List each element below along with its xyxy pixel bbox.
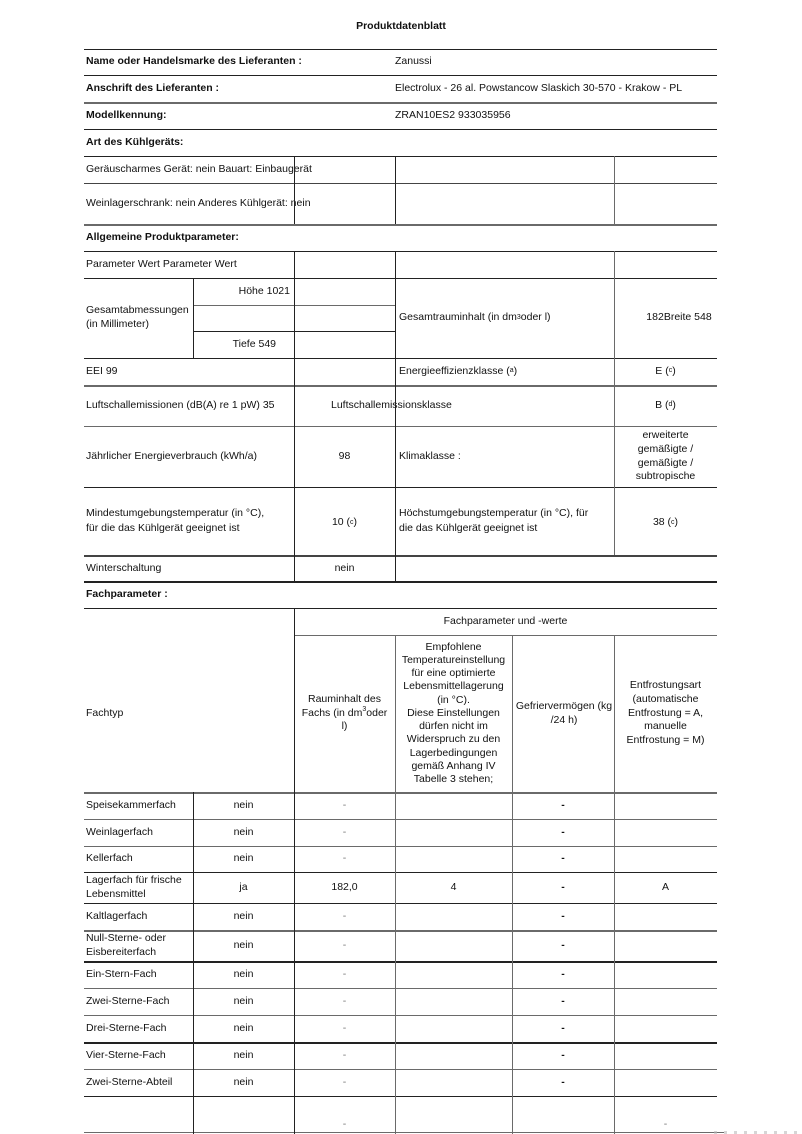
eei-value: EEI 99 [84,358,284,385]
general-header-row: Parameter Wert Parameter Wert [84,251,294,278]
cell-freeze: - [512,1042,614,1069]
cell-volume: - [294,819,395,846]
superscript: c [350,519,354,526]
cell-volume: 182,0 [294,872,395,903]
cell-defrost [614,930,717,961]
cell-type: Drei-Sterne-Fach [84,1015,193,1042]
cell-present: nein [193,1069,294,1096]
cell-volume: - [294,903,395,930]
cell-type: Lagerfach für frische Lebensmittel [84,872,193,903]
cell-type: Zwei-Sterne-Abteil [84,1069,193,1096]
cell-freeze: - [512,792,614,819]
annual-energy-label: Jährlicher Energieverbrauch (kWh/a) [84,426,294,487]
superscript: c [671,519,675,526]
cell-temp [395,961,512,988]
cell-freeze: - [512,1069,614,1096]
compartment-group-header: Fachparameter und -werte [294,608,717,635]
cell-defrost [614,1069,717,1096]
energy-class-label-text: ) [514,365,518,379]
winter-value: nein [294,555,395,582]
cell-freeze: - [512,903,614,930]
cell-temp [395,1069,512,1096]
col-header-temp: Empfohlene Temperatureinstellung für ein… [393,635,514,792]
max-temp-value-text: 38 ( [653,516,671,530]
supplier-address-value: Electrolux - 26 al. Powstancow Slaskich … [393,75,717,102]
cell-present [193,1096,294,1134]
cell-temp: 4 [395,872,512,903]
cell-present: ja [193,872,294,903]
cell-type: Kellerfach [84,846,193,872]
col-divider [614,635,615,1134]
col-header-defrost: Entfrostungsart (automatische Entfrostun… [614,635,717,792]
compartments-heading: Fachparameter : [84,581,384,608]
cell-defrost [614,903,717,930]
cell-freeze: - [512,872,614,903]
cell-defrost [614,819,717,846]
cell-present: nein [193,961,294,988]
cell-volume: - [294,1042,395,1069]
rule [84,1132,724,1133]
noise-class-value: B (d) [614,385,717,426]
cell-volume: - [294,988,395,1015]
cell-temp [395,930,512,961]
superscript: c [669,367,673,374]
cell-temp [395,1096,512,1134]
cell-defrost [614,1015,717,1042]
cell-present: nein [193,1015,294,1042]
supplier-name-value: Zanussi [393,49,713,75]
min-temp-label: Mindestumgebungstemperatur (in °C), für … [84,487,294,555]
energy-class-label-text: Energieeffizienzklasse ( [399,365,510,379]
cell-freeze: - [512,930,614,961]
cell-volume: - [294,1069,395,1096]
total-volume-label-text: Gesamtrauminhalt (in dm [399,311,517,325]
height-value: Höhe 1021 [194,278,290,305]
climate-label: Klimaklasse : [397,426,612,487]
col-header-type: Fachtyp [84,635,284,792]
cell-freeze: - [512,819,614,846]
total-volume-value: 182Breite 548 [614,278,744,358]
cell-temp [395,792,512,819]
cell-volume: - [294,846,395,872]
superscript: 3 [517,314,521,321]
col-divider [395,156,396,224]
cell-type: Null-Sterne- oder Eisbereiterfach [84,930,193,961]
col-divider [193,278,194,358]
model-label: Modellkennung: [84,102,384,129]
col-divider [395,251,396,582]
depth-value: Tiefe 549 [194,331,276,358]
cell-present: nein [193,930,294,961]
min-temp-value: 10 (c) [294,487,395,559]
cell-defrost [614,961,717,988]
supplier-address-label: Anschrift des Lieferanten : [84,75,384,102]
cell-freeze: - [512,846,614,872]
min-temp-value-text: 10 ( [332,516,350,530]
cell-temp [395,819,512,846]
col-divider [294,251,295,582]
col-header-freeze: Gefriervermögen (kg /24 h) [512,635,616,792]
cell-type: Speisekammerfach [84,792,193,819]
superscript: a [510,367,514,374]
max-temp-value-text: ) [675,516,679,530]
energy-class-label: Energieeffizienzklasse (a) [397,358,612,385]
general-heading: Allgemeine Produktparameter: [84,224,384,251]
cell-volume: - [294,961,395,988]
cell-present: nein [193,903,294,930]
col-divider [395,635,396,1134]
cell-temp [395,903,512,930]
cell-present: nein [193,819,294,846]
col-divider [614,251,615,555]
cell-freeze [512,1096,614,1134]
cell-temp [395,846,512,872]
noise-label: Luftschallemissionen (dB(A) re 1 pW) 35 [84,385,294,426]
cell-temp [395,988,512,1015]
superscript: d [669,401,673,408]
cell-type: Vier-Sterne-Fach [84,1042,193,1069]
appliance-type-row2: Weinlagerschrank: nein Anderes Kühlgerät… [84,183,384,224]
cell-volume: - [294,930,395,961]
col-divider [512,635,513,1134]
energy-class-value-text: E ( [655,365,668,379]
cell-volume: - [294,1096,395,1134]
appliance-type-row1: Geräuscharmes Gerät: nein Bauart: Einbau… [84,156,384,183]
appliance-type-heading: Art des Kühlgeräts: [84,129,384,156]
col-divider [294,608,295,1134]
col-header-volume: Rauminhalt des Fachs (in dm3oder l) [294,635,395,792]
cell-present: nein [193,1042,294,1069]
min-temp-value-text: ) [354,516,358,530]
cell-type: Zwei-Sterne-Fach [84,988,193,1015]
energy-class-value: E (c) [614,358,717,385]
noise-class-value-text: B ( [655,399,668,413]
model-value: ZRAN10ES2 933035956 [393,102,713,129]
winter-label: Winterschaltung [84,555,294,582]
dimensions-label: Gesamtabmessungen (in Millimeter) [84,278,194,358]
cell-defrost: A [614,872,717,903]
max-temp-value: 38 (c) [614,487,717,559]
energy-class-value-text: ) [672,365,676,379]
cell-volume: - [294,792,395,819]
cell-present: nein [193,846,294,872]
cell-defrost: - [614,1096,717,1134]
max-temp-label: Höchstumgebungstemperatur (in °C), für d… [397,487,612,555]
cell-temp [395,1042,512,1069]
superscript: 3 [362,706,366,713]
climate-value: erweiterte gemäßigte / gemäßigte / subtr… [614,426,717,487]
col-divider [614,156,615,224]
noise-class-value-text: ) [672,399,676,413]
cell-freeze: - [512,961,614,988]
document-title: Produktdatenblatt [0,20,802,32]
total-volume-label-text: oder l) [521,311,551,325]
cell-present: nein [193,792,294,819]
cell-type: Kaltlagerfach [84,903,193,930]
annual-energy-value: 98 [294,426,395,487]
cell-freeze: - [512,988,614,1015]
col-divider [294,156,295,224]
col-divider [193,792,194,1134]
total-volume-label: Gesamtrauminhalt (in dm3oder l) [397,278,612,358]
cell-freeze: - [512,1015,614,1042]
cell-temp [395,1015,512,1042]
noise-class-label: Luftschallemissionsklasse [329,385,529,426]
cell-type: Ein-Stern-Fach [84,961,193,988]
cell-type [84,1096,193,1134]
cell-volume: - [294,1015,395,1042]
cell-defrost [614,792,717,819]
cell-defrost [614,988,717,1015]
cell-type: Weinlagerfach [84,819,193,846]
cell-defrost [614,846,717,872]
supplier-name-label: Name oder Handelsmarke des Lieferanten : [84,49,384,75]
cell-defrost [614,1042,717,1069]
cell-present: nein [193,988,294,1015]
